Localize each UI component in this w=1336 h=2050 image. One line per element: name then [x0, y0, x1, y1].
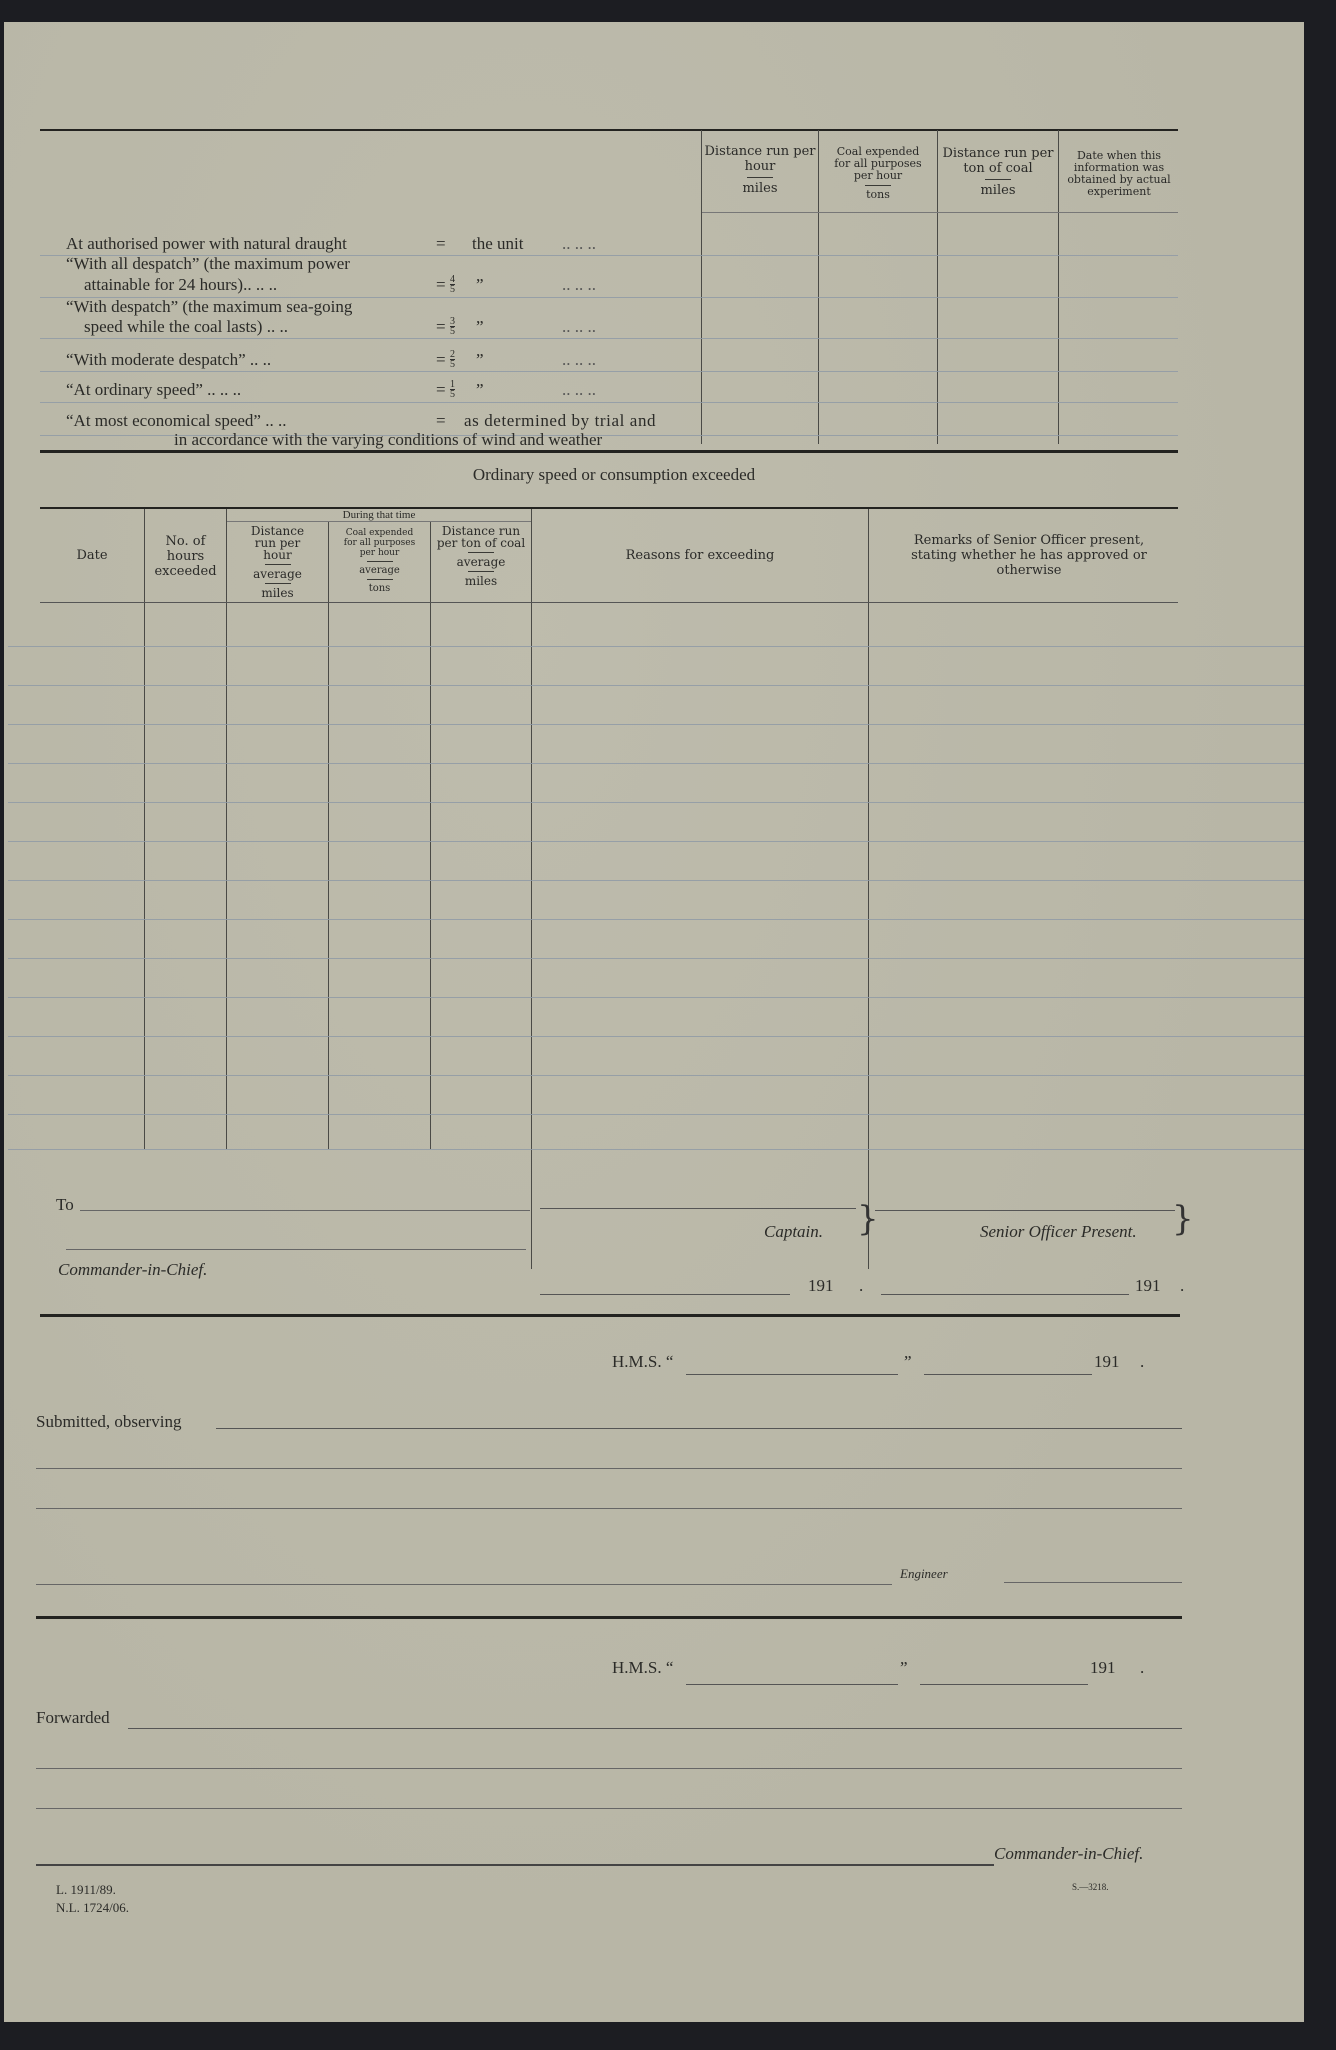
table-row [8, 1114, 1304, 1115]
row-eq: = [436, 234, 446, 253]
senior-officer-year: 191 [1135, 1276, 1161, 1295]
col-header-hours-exceeded: No. of hours exceeded [145, 534, 226, 579]
fraction-three-fifths: 35 [450, 317, 455, 336]
top-rule [40, 129, 1178, 131]
senior-officer-signature-line[interactable] [875, 1210, 1175, 1211]
engineer-line-right[interactable] [1004, 1582, 1182, 1583]
leader-dots: .. .. .. [562, 380, 596, 399]
ditto-mark: ” [476, 317, 484, 336]
section-rule [36, 1616, 1182, 1619]
commander-signature-line[interactable] [36, 1864, 994, 1866]
commander-label: Commander-in-Chief. [994, 1844, 1143, 1863]
date-line[interactable] [920, 1684, 1088, 1685]
table-top-rule [40, 507, 1178, 509]
to-label: To [56, 1195, 74, 1214]
table-row [8, 646, 1304, 647]
ruled-line [40, 371, 1178, 372]
table-row [8, 958, 1304, 959]
divider [226, 509, 227, 1149]
header-bottom-rule [40, 602, 1178, 603]
header-dash [865, 185, 891, 186]
col-header-remarks: Remarks of Senior Officer present, stati… [904, 533, 1154, 578]
row-label: “With all despatch” (the maximum power [66, 254, 350, 273]
row-eq: = [436, 380, 446, 399]
table-row [8, 763, 1304, 764]
fraction-two-fifths: 25 [450, 350, 455, 369]
table-row [8, 841, 1304, 842]
header-dash [265, 564, 291, 565]
divider [328, 521, 329, 1149]
leader-dots: .. .. .. [562, 350, 596, 369]
leader-dots: .. .. .. [562, 275, 596, 294]
period: . [1180, 1276, 1184, 1295]
section-title: Ordinary speed or consumption exceeded [4, 465, 1224, 485]
divider [144, 509, 145, 1149]
header-dash [468, 552, 494, 553]
reference-nl: N.L. 1724/06. [56, 1900, 129, 1915]
row-label: “With despatch” (the maximum sea-going [66, 297, 352, 316]
leader-dots: .. .. .. [562, 234, 596, 253]
col-header-distance-run: Distance run per hour miles [702, 144, 818, 196]
header-dash [747, 177, 773, 178]
row-eq: = [436, 317, 446, 336]
col-header-distance-per-ton: Distance run per ton of coal miles [938, 146, 1058, 198]
submitted-label: Submitted, observing [36, 1412, 181, 1431]
header-underline [702, 212, 1178, 213]
ditto-mark: ” [476, 380, 484, 399]
row-label-cont: attainable for 24 hours).. .. .. [84, 275, 277, 294]
header-dash [367, 561, 393, 562]
row-eq: = [436, 350, 446, 369]
col-header-distance-run: Distance run per hour average miles [227, 525, 328, 599]
to-line-2[interactable] [66, 1249, 526, 1250]
row-label: At authorised power with natural draught [66, 234, 347, 253]
header-dash [367, 579, 393, 580]
forwarded-line[interactable] [128, 1728, 1182, 1729]
table-row [8, 919, 1304, 920]
submitted-line[interactable] [216, 1428, 1182, 1429]
fraction-four-fifths: 45 [450, 275, 455, 294]
fraction-one-fifth: 15 [450, 380, 455, 399]
ruled-line [40, 402, 1178, 403]
table-row [8, 880, 1304, 881]
col-header-coal-expended: Coal expended for all purposes per hour … [329, 528, 430, 594]
ship-name-line[interactable] [686, 1374, 898, 1375]
senior-officer-date-line[interactable] [881, 1294, 1129, 1295]
row-value: the unit [472, 234, 523, 253]
header-dash [265, 583, 291, 584]
captain-year: 191 [808, 1276, 834, 1295]
period: . [1140, 1658, 1144, 1677]
reference-l: L. 1911/89. [56, 1882, 116, 1897]
divider [868, 509, 869, 1269]
group-underline [227, 521, 531, 522]
forwarded-line-2[interactable] [36, 1768, 1182, 1769]
table-row [8, 997, 1304, 998]
table-row [8, 1036, 1304, 1037]
period: . [859, 1276, 863, 1295]
table-row [8, 685, 1304, 686]
forwarded-label: Forwarded [36, 1708, 110, 1727]
row-label-cont: speed while the coal lasts) .. .. [84, 317, 288, 336]
commander-label: Commander-in-Chief. [58, 1260, 207, 1279]
divider [531, 509, 532, 1269]
form-page: Distance run per hour miles Coal expende… [4, 22, 1304, 2022]
form-code: S.—3218. [1072, 1882, 1109, 1892]
hms-close-quote: ” [904, 1352, 912, 1371]
brace: } [1172, 1202, 1194, 1236]
table-row [8, 802, 1304, 803]
hms-label: H.M.S. “ [612, 1352, 673, 1371]
period: . [1140, 1352, 1144, 1371]
hms-close-quote: ” [900, 1658, 908, 1677]
col-header-coal-expended: Coal expended for all purposes per hour … [819, 146, 937, 201]
row-eq: = [436, 411, 446, 430]
senior-officer-label: Senior Officer Present. [980, 1222, 1137, 1241]
row-label-cont: in accordance with the varying condition… [174, 430, 602, 449]
captain-label: Captain. [764, 1222, 823, 1241]
row-eq: = [436, 275, 446, 294]
year-prefix: 191 [1094, 1352, 1120, 1371]
ditto-mark: ” [476, 350, 484, 369]
section-rule [40, 450, 1178, 453]
submitted-line-3[interactable] [36, 1508, 1182, 1509]
forwarded-line-3[interactable] [36, 1808, 1182, 1809]
col-header-distance-per-ton: Distance run per ton of coal average mil… [431, 525, 531, 587]
captain-signature-line[interactable] [540, 1208, 856, 1209]
to-line[interactable] [80, 1210, 530, 1211]
section-rule [40, 1314, 1180, 1317]
ruled-line [40, 338, 1178, 339]
row-label: “At most economical speed” .. .. [66, 411, 286, 430]
col-header-date-obtained: Date when this information was obtained … [1059, 150, 1179, 198]
hms-label: H.M.S. “ [612, 1658, 673, 1677]
table-row [8, 1075, 1304, 1076]
table-row [8, 1149, 1304, 1150]
leader-dots: .. .. .. [562, 317, 596, 336]
table-row [8, 724, 1304, 725]
engineer-line-left[interactable] [36, 1584, 892, 1585]
row-value: as determined by trial and [464, 411, 656, 430]
ship-name-line[interactable] [686, 1684, 898, 1685]
brace: } [857, 1202, 879, 1236]
col-header-reasons: Reasons for exceeding [532, 548, 868, 563]
date-line[interactable] [924, 1374, 1092, 1375]
row-label: “With moderate despatch” .. .. [66, 350, 271, 369]
captain-date-line[interactable] [540, 1294, 790, 1295]
row-label: “At ordinary speed” .. .. .. [66, 380, 241, 399]
header-dash [985, 179, 1011, 180]
group-header-during-that-time: During that time [227, 509, 531, 521]
year-prefix: 191 [1090, 1658, 1116, 1677]
submitted-line-2[interactable] [36, 1468, 1182, 1469]
header-dash [468, 571, 494, 572]
divider [430, 521, 431, 1149]
engineer-label: Engineer [900, 1566, 948, 1581]
col-header-date: Date [40, 548, 144, 563]
ditto-mark: ” [476, 275, 484, 294]
